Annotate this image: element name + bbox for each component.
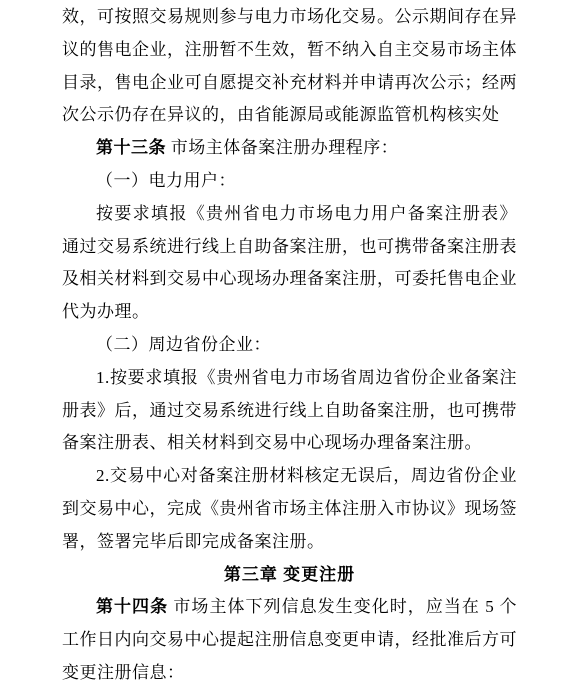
text-line: 议的售电企业，注册暂不生效，暂不纳入自主交易市场主体 [62,34,517,67]
body-text: 次公示仍存在异议的，由省能源局或能源监管机构核实处理。 [62,105,500,132]
heading-text: 第十四条 [96,597,168,616]
text-line: 变更注册信息： [62,657,517,690]
body-text: 通过交易系统进行线上自助备案注册，也可携带备案注册表 [62,237,517,256]
heading-text: 第十三条 [96,138,166,157]
body-text: 代为办理。 [62,302,150,321]
body-text: 2.交易中心对备案注册材料核定无误后，周边省份企业 [96,466,517,485]
text-line: 署，签署完毕后即完成备案注册。 [62,526,517,559]
body-text: 议的售电企业，注册暂不生效，暂不纳入自主交易市场主体 [62,40,517,59]
body-text: 市场主体备案注册办理程序： [166,138,398,157]
body-text: 市场主体下列信息发生变化时，应当在 5 个 [168,597,517,616]
body-text: 到交易中心，完成《贵州省市场主体注册入市协议》现场签 [62,499,517,518]
body-text: 署，签署完毕后即完成备案注册。 [62,532,325,551]
text-line: 工作日内向交易中心提起注册信息变更申请，经批准后方可 [62,624,517,657]
text-line: 第十三条 市场主体备案注册办理程序： [62,132,517,165]
text-line: 按要求填报《贵州省电力市场电力用户备案注册表》后， [62,198,517,231]
body-text: （二）周边省份企业： [96,335,271,354]
text-line: 通过交易系统进行线上自助备案注册，也可携带备案注册表 [62,231,517,264]
text-line: 第十四条 市场主体下列信息发生变化时，应当在 5 个 [62,591,517,624]
text-line: 效，可按照交易规则参与电力市场化交易。公示期间存在异 [62,1,517,34]
text-line: 备案注册表、相关材料到交易中心现场办理备案注册。 [62,427,517,460]
text-line: （二）周边省份企业： [62,329,517,362]
text-line: 到交易中心，完成《贵州省市场主体注册入市协议》现场签 [62,493,517,526]
text-line: 1.按要求填报《贵州省电力市场省周边省份企业备案注 [62,362,517,395]
text-line: 代为办理。 [62,296,517,329]
text-line: 次公示仍存在异议的，由省能源局或能源监管机构核实处理。 [62,99,517,132]
body-text: 及相关材料到交易中心现场办理备案注册，可委托售电企业 [62,269,517,288]
text-line: （一）电力用户： [62,165,517,198]
body-text: 目录，售电企业可自愿提交补充材料并申请再次公示；经两 [62,73,517,92]
heading-text: 第三章 变更注册 [224,565,355,584]
text-line: 目录，售电企业可自愿提交补充材料并申请再次公示；经两 [62,67,517,100]
text-line: 及相关材料到交易中心现场办理备案注册，可委托售电企业 [62,263,517,296]
text-line: 册表》后，通过交易系统进行线上自助备案注册，也可携带 [62,395,517,428]
body-text: 按要求填报《贵州省电力市场电力用户备案注册表》后， [96,204,517,231]
text-line: 2.交易中心对备案注册材料核定无误后，周边省份企业 [62,460,517,493]
document-page: 效，可按照交易规则参与电力市场化交易。公示期间存在异议的售电企业，注册暂不生效，… [0,0,578,691]
body-text: 工作日内向交易中心提起注册信息变更申请，经批准后方可 [62,630,517,649]
body-text: 变更注册信息： [62,663,185,682]
body-text: 册表》后，通过交易系统进行线上自助备案注册，也可携带 [62,401,517,420]
body-text: 备案注册表、相关材料到交易中心现场办理备案注册。 [62,433,482,452]
body-text: 1.按要求填报《贵州省电力市场省周边省份企业备案注 [96,368,517,387]
body-text: 效，可按照交易规则参与电力市场化交易。公示期间存在异 [62,7,517,26]
text-line: 第三章 变更注册 [62,559,517,592]
body-text: （一）电力用户： [96,171,236,190]
